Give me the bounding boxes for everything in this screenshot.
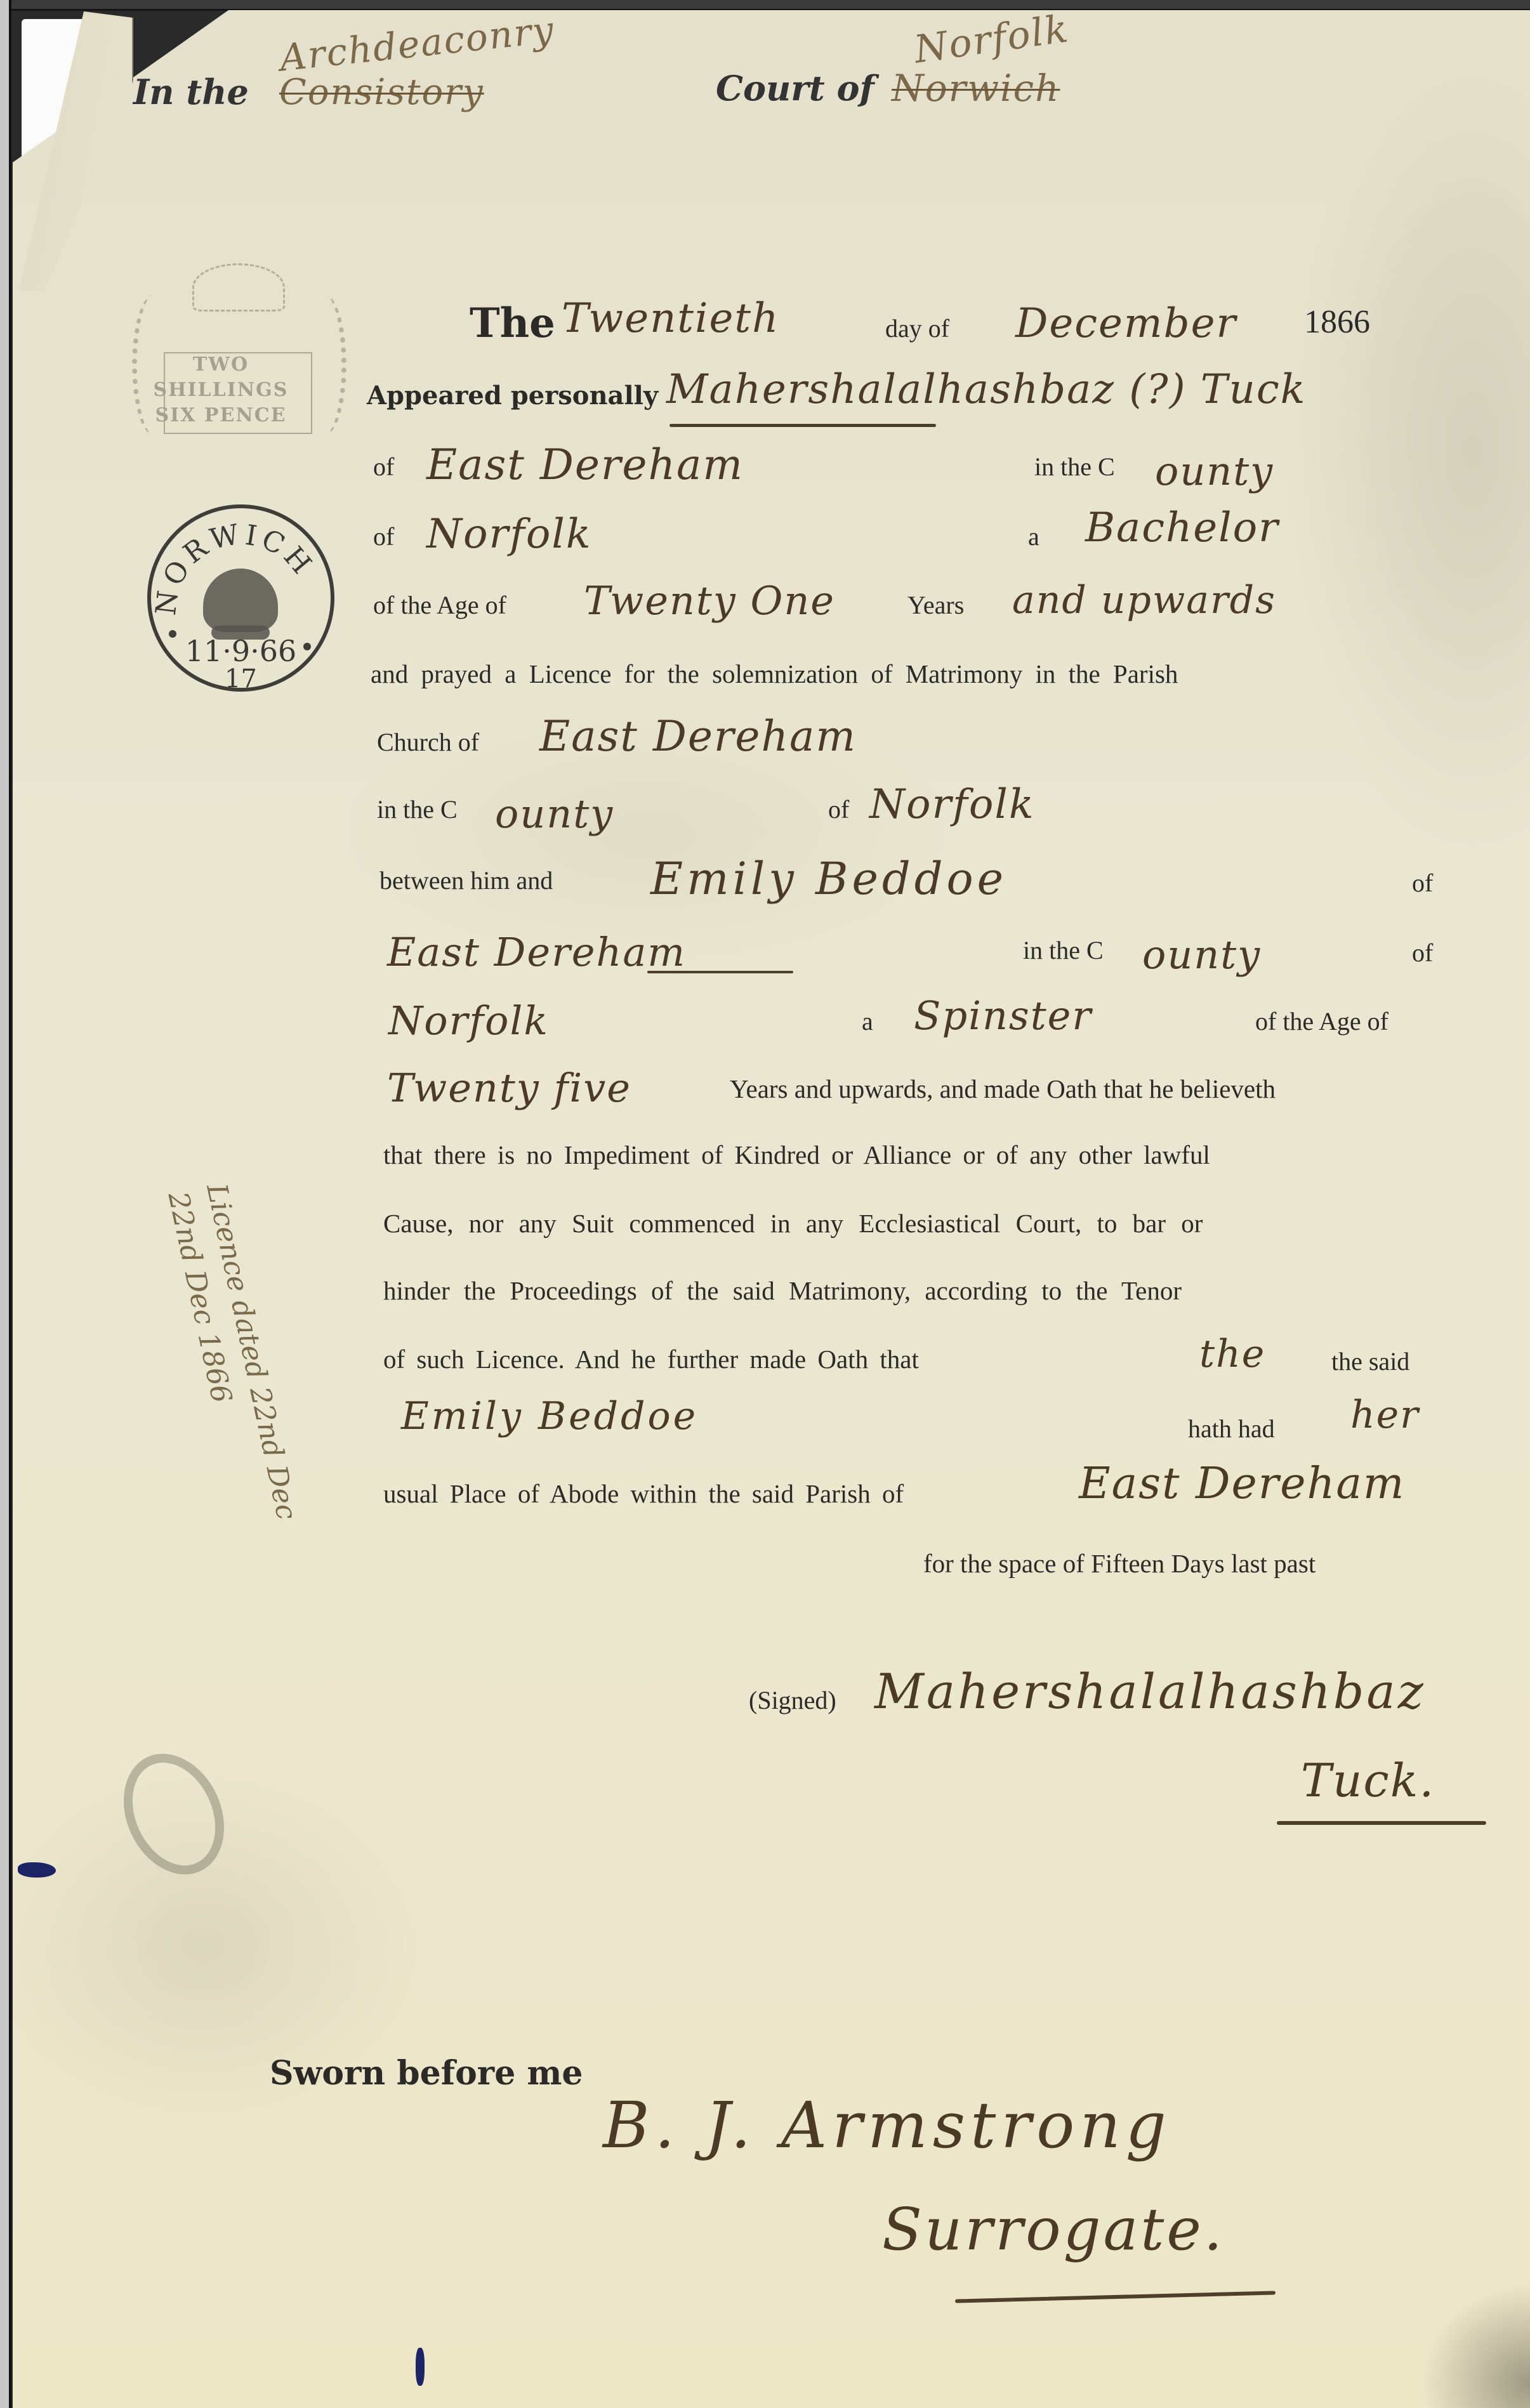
of-label-5: of (1412, 940, 1433, 966)
of-the-age-of-label-2: of the Age of (1255, 1009, 1388, 1034)
scan-frame-top (0, 0, 1530, 11)
header-court-type-struck: Consistory (279, 75, 484, 110)
church-of-label: Church of (377, 730, 479, 755)
abode-parish: East Dereham (1079, 1463, 1405, 1506)
she-written: the (1199, 1335, 1265, 1373)
cause-line: Cause, nor any Suit commenced in any Ecc… (383, 1211, 1203, 1237)
a-label-2: a (862, 1009, 873, 1034)
surrogate-signature-name: B. J. Armstrong (603, 2094, 1171, 2157)
groom-county: Norfolk (426, 514, 592, 555)
usual-place-line: usual Place of Abode within the said Par… (383, 1481, 904, 1507)
bride-county: Norfolk (388, 1001, 549, 1041)
duty-crown-icon (192, 263, 285, 312)
bride-name: Emily Beddoe (650, 857, 1007, 901)
of-the-age-of-label-1: of the Age of (373, 593, 506, 618)
in-the-county-label-3: in the C (1023, 938, 1104, 963)
impediment-line: that there is no Impediment of Kindred o… (383, 1142, 1210, 1168)
groom-name-underline (669, 424, 936, 427)
signature-underline (1277, 1821, 1486, 1825)
bride-condition: Spinster (914, 996, 1092, 1036)
header-in-the: In the (133, 75, 249, 109)
of-label-2: of (373, 524, 394, 549)
month-written: December (1015, 303, 1237, 344)
duty-line-3: SIX PENCE (113, 404, 329, 426)
header-court-place-struck: Norwich (892, 70, 1060, 107)
corner-shadow (1421, 2284, 1530, 2408)
further-oath-line: of such Licence. And he further made Oat… (383, 1346, 919, 1372)
of-label-1: of (373, 454, 394, 480)
of-label-3: of (828, 797, 849, 822)
groom-condition: Bachelor (1085, 508, 1279, 548)
groom-age-suffix: and upwards (1012, 581, 1276, 619)
sworn-before-me-label: Sworn before me (270, 2057, 583, 2090)
a-label-1: a (1028, 524, 1039, 549)
the-label: The (470, 303, 555, 344)
day-written: Twentieth (562, 298, 779, 339)
day-of-label: day of (885, 316, 949, 341)
hinder-line: hinder the Proceedings of the said Matri… (383, 1278, 1182, 1304)
church-place: East Dereham (539, 716, 857, 758)
postmark-number: 17 (151, 664, 331, 694)
county-written-2: ounty (495, 794, 614, 834)
postmark-stamp: NORWICH 11·9·66 17 (147, 504, 334, 692)
header-court-of: Court of (716, 71, 874, 105)
in-the-county-label-2: in the C (377, 797, 458, 822)
ink-blot-left (18, 1862, 56, 1878)
postmark-date: 11·9·66 (151, 634, 331, 668)
church-county: Norfolk (869, 784, 1035, 825)
of-label-4: of (1412, 871, 1433, 896)
county-written-1: ounty (1155, 452, 1274, 491)
bride-place-dash (647, 971, 793, 973)
appeared-personally-label: Appeared personally (367, 383, 658, 409)
county-written-3: ounty (1142, 935, 1261, 975)
bride-name-repeat: Emily Beddoe (401, 1397, 698, 1435)
scan-frame-left (0, 0, 11, 2408)
year-printed: 1866 (1304, 306, 1370, 339)
groom-age: Twenty One (584, 581, 835, 621)
duty-line-1: TWO (113, 353, 329, 376)
years-label-1: Years (907, 593, 964, 618)
ink-blot-bottom (416, 2348, 425, 2386)
duty-line-2: SHILLINGS (113, 379, 329, 401)
in-the-county-label-1: in the C (1034, 454, 1115, 480)
the-said-label: the said (1331, 1349, 1409, 1374)
groom-signature-line-1: Mahershalalhashbaz (874, 1668, 1426, 1716)
prayed-licence-line: and prayed a Licence for the solemnizati… (371, 661, 1178, 687)
between-him-and-label: between him and (379, 868, 553, 893)
years-upwards-oath-line: Years and upwards, and made Oath that he… (730, 1076, 1276, 1102)
fifteen-days-line: for the space of Fifteen Days last past (923, 1551, 1316, 1577)
bride-place: East Dereham (387, 933, 686, 972)
groom-name: Mahershalalhashbaz (?) Tuck (666, 369, 1306, 410)
bride-age: Twenty five (387, 1069, 631, 1108)
groom-place: East Dereham (426, 444, 744, 486)
duty-stamp: TWO SHILLINGS SIX PENCE (113, 257, 329, 441)
hath-had-label: hath had (1188, 1416, 1275, 1442)
surrogate-title: Surrogate. (882, 2201, 1225, 2259)
groom-signature-line-2: Tuck. (1301, 1758, 1435, 1803)
her-written: her (1350, 1396, 1420, 1434)
signed-label: (Signed) (749, 1688, 836, 1713)
